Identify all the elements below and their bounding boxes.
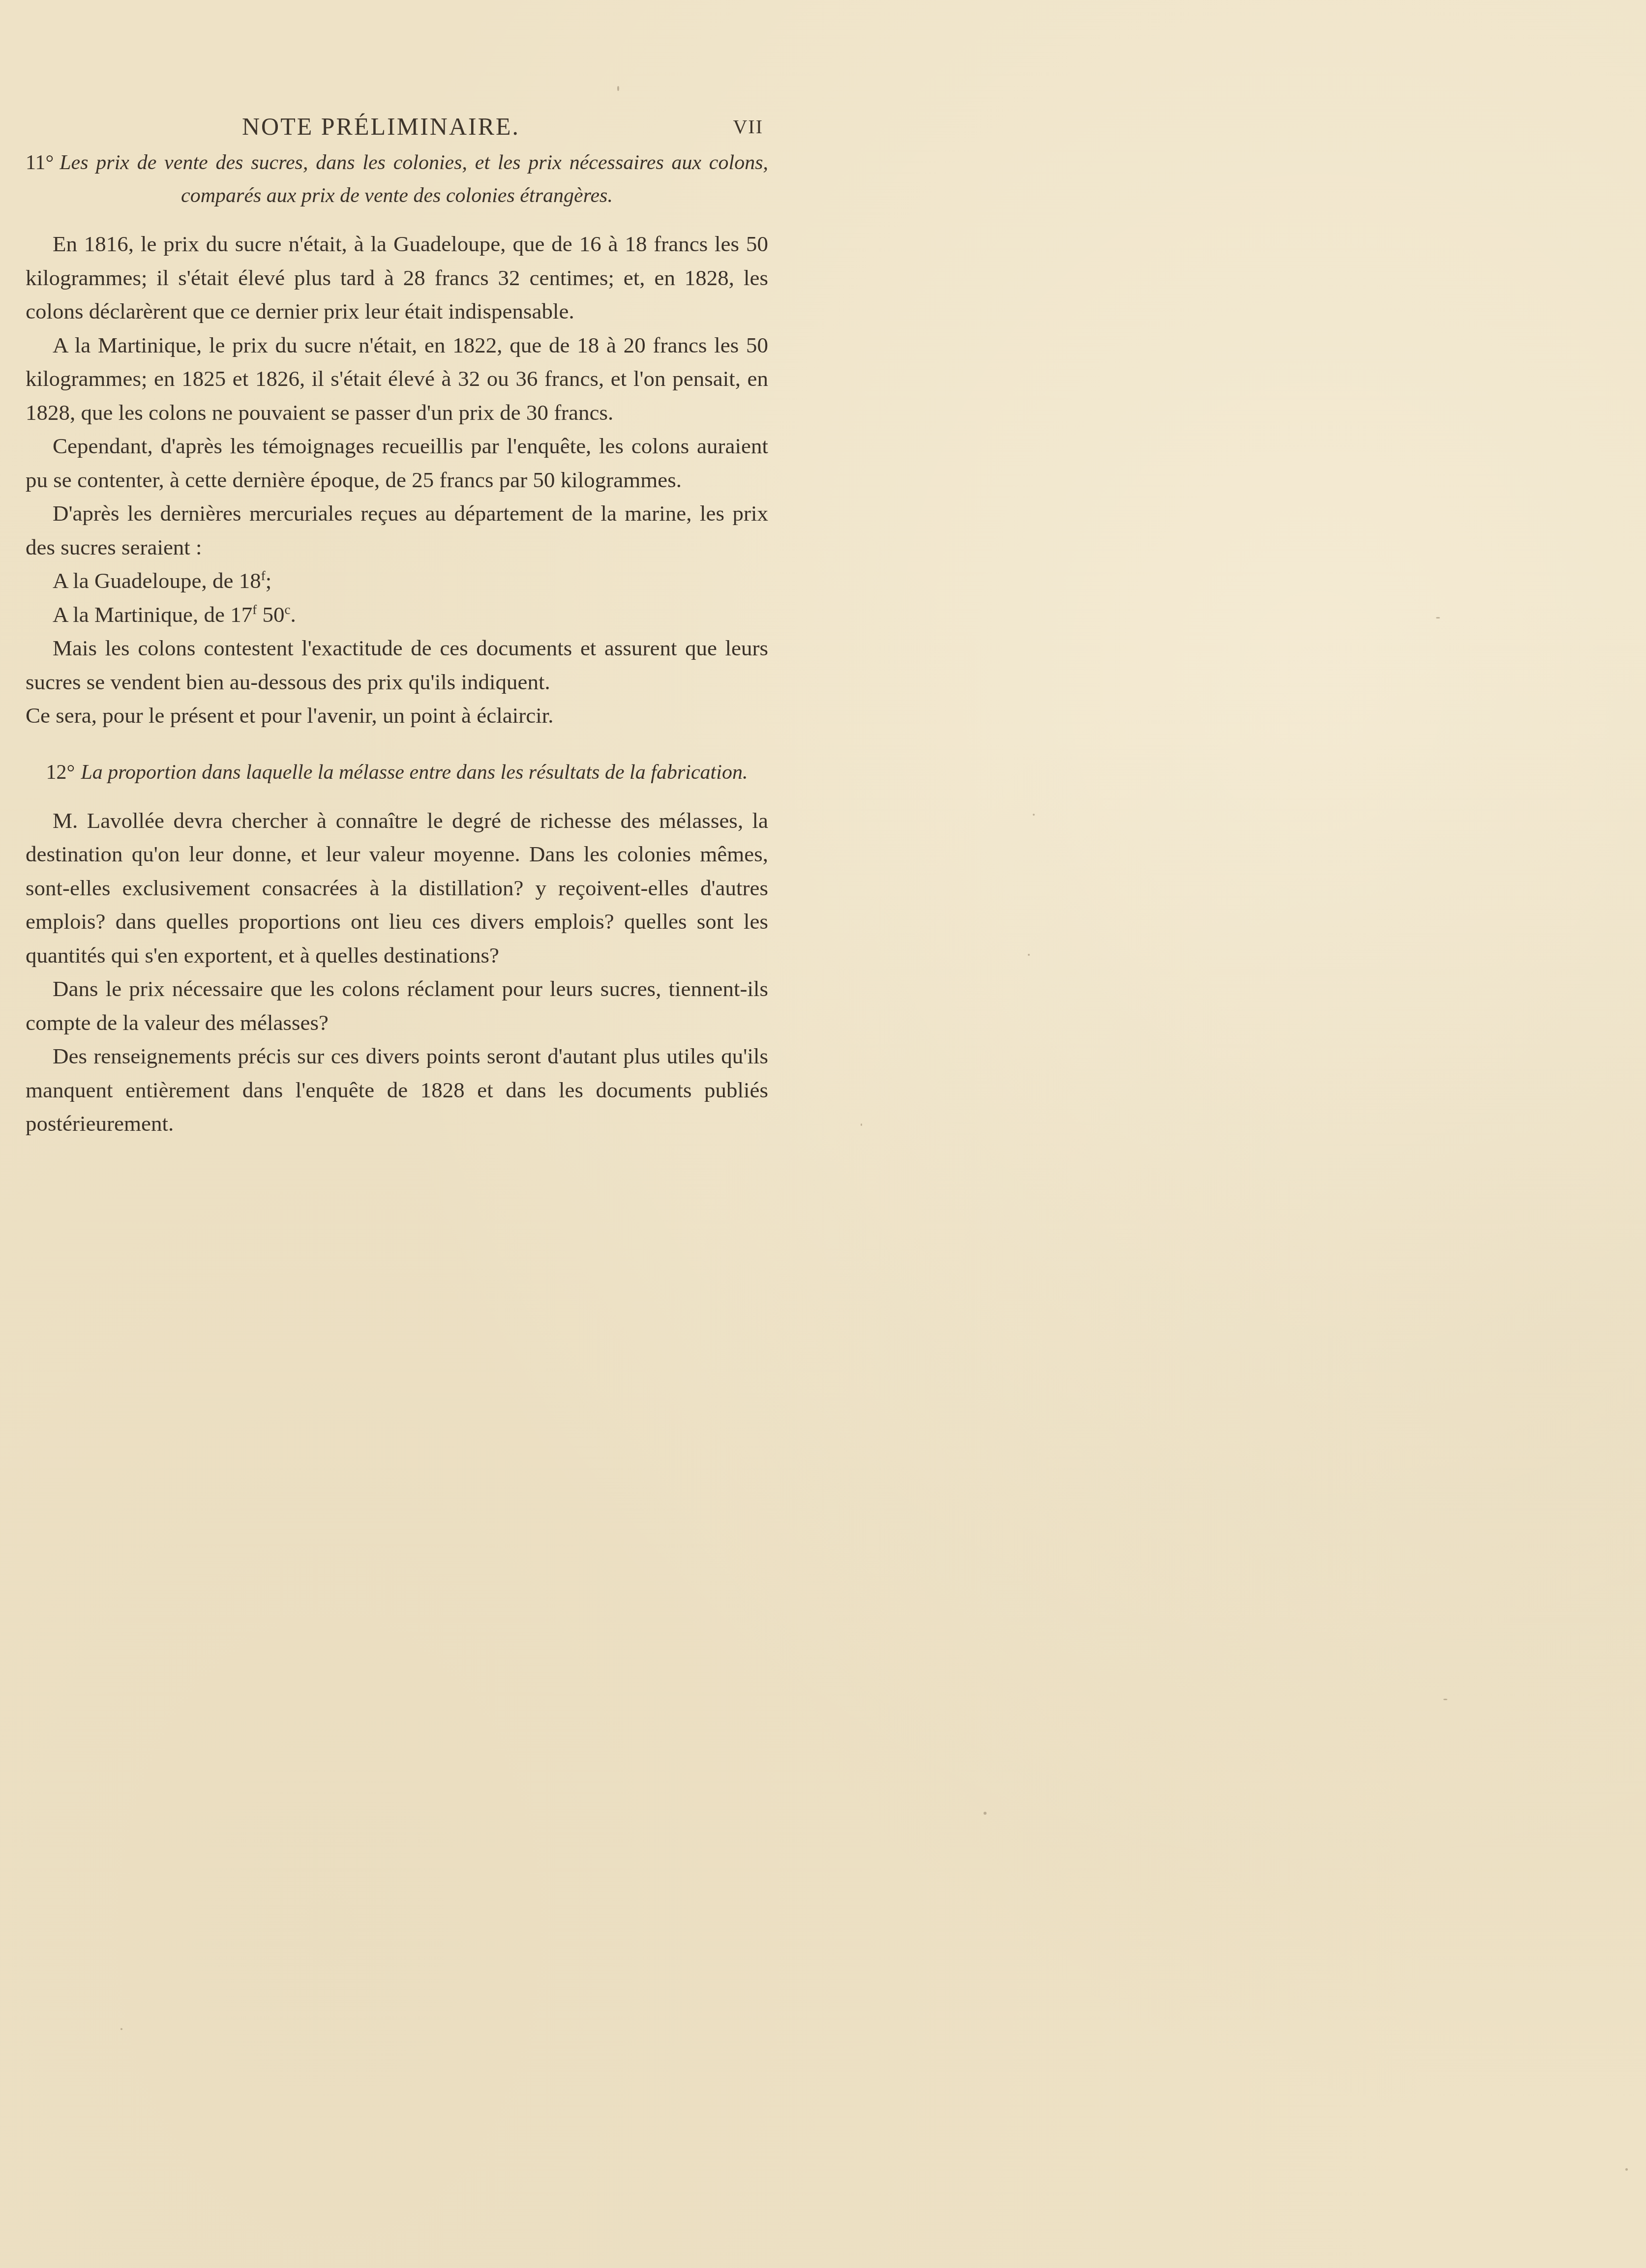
section-number: 11° [26,151,54,174]
price-martinique: A la Martinique, de 17f 50c. [26,598,768,632]
paragraph-enquete: Cependant, d'après les témoignages recue… [26,429,768,497]
section-title: Les prix de vente des sucres, dans les c… [60,151,768,207]
paper-speck [617,86,619,91]
paper-speck [984,1812,987,1815]
running-head-title: NOTE PRÉLIMINAIRE. [242,112,520,141]
paper-speck [1625,2168,1628,2171]
paragraph-melasses: M. Lavollée devra chercher à connaître l… [26,804,768,972]
paragraph-eclaircir: Ce sera, pour le présent et pour l'aveni… [26,699,768,733]
section-title: La proportion dans laquelle la mélasse e… [81,761,748,784]
section-number: 12° [46,761,75,784]
page-number: VII [733,115,763,138]
paper-speck [1436,617,1440,619]
paragraph-renseignements: Des renseignements précis sur ces divers… [26,1039,768,1141]
paper-speck [1443,1699,1447,1700]
paragraph-martinique: A la Martinique, le prix du sucre n'étai… [26,328,768,430]
paragraph-contestation: Mais les colons contestent l'exactitude … [26,631,768,699]
paper-speck [861,1123,862,1126]
section-12-heading: 12°La proportion dans laquelle la mélass… [26,756,768,789]
paragraph-guadeloupe: En 1816, le prix du sucre n'était, à la … [26,227,768,328]
running-head: NOTE PRÉLIMINAIRE. VII [26,103,768,143]
paragraph-mercuriales: D'après les dernières mercuriales reçues… [26,497,768,564]
section-11-heading: 11°Les prix de vente des sucres, dans le… [26,147,768,212]
paper-speck [120,2028,122,2030]
section-gap [26,733,768,752]
paper-speck [1033,814,1035,816]
paper-speck [1028,954,1030,956]
price-guadeloupe: A la Guadeloupe, de 18f; [26,564,768,598]
paragraph-prix-necessaire: Dans le prix nécessaire que les colons r… [26,972,768,1039]
document-page: NOTE PRÉLIMINAIRE. VII 11°Les prix de ve… [26,103,768,1141]
